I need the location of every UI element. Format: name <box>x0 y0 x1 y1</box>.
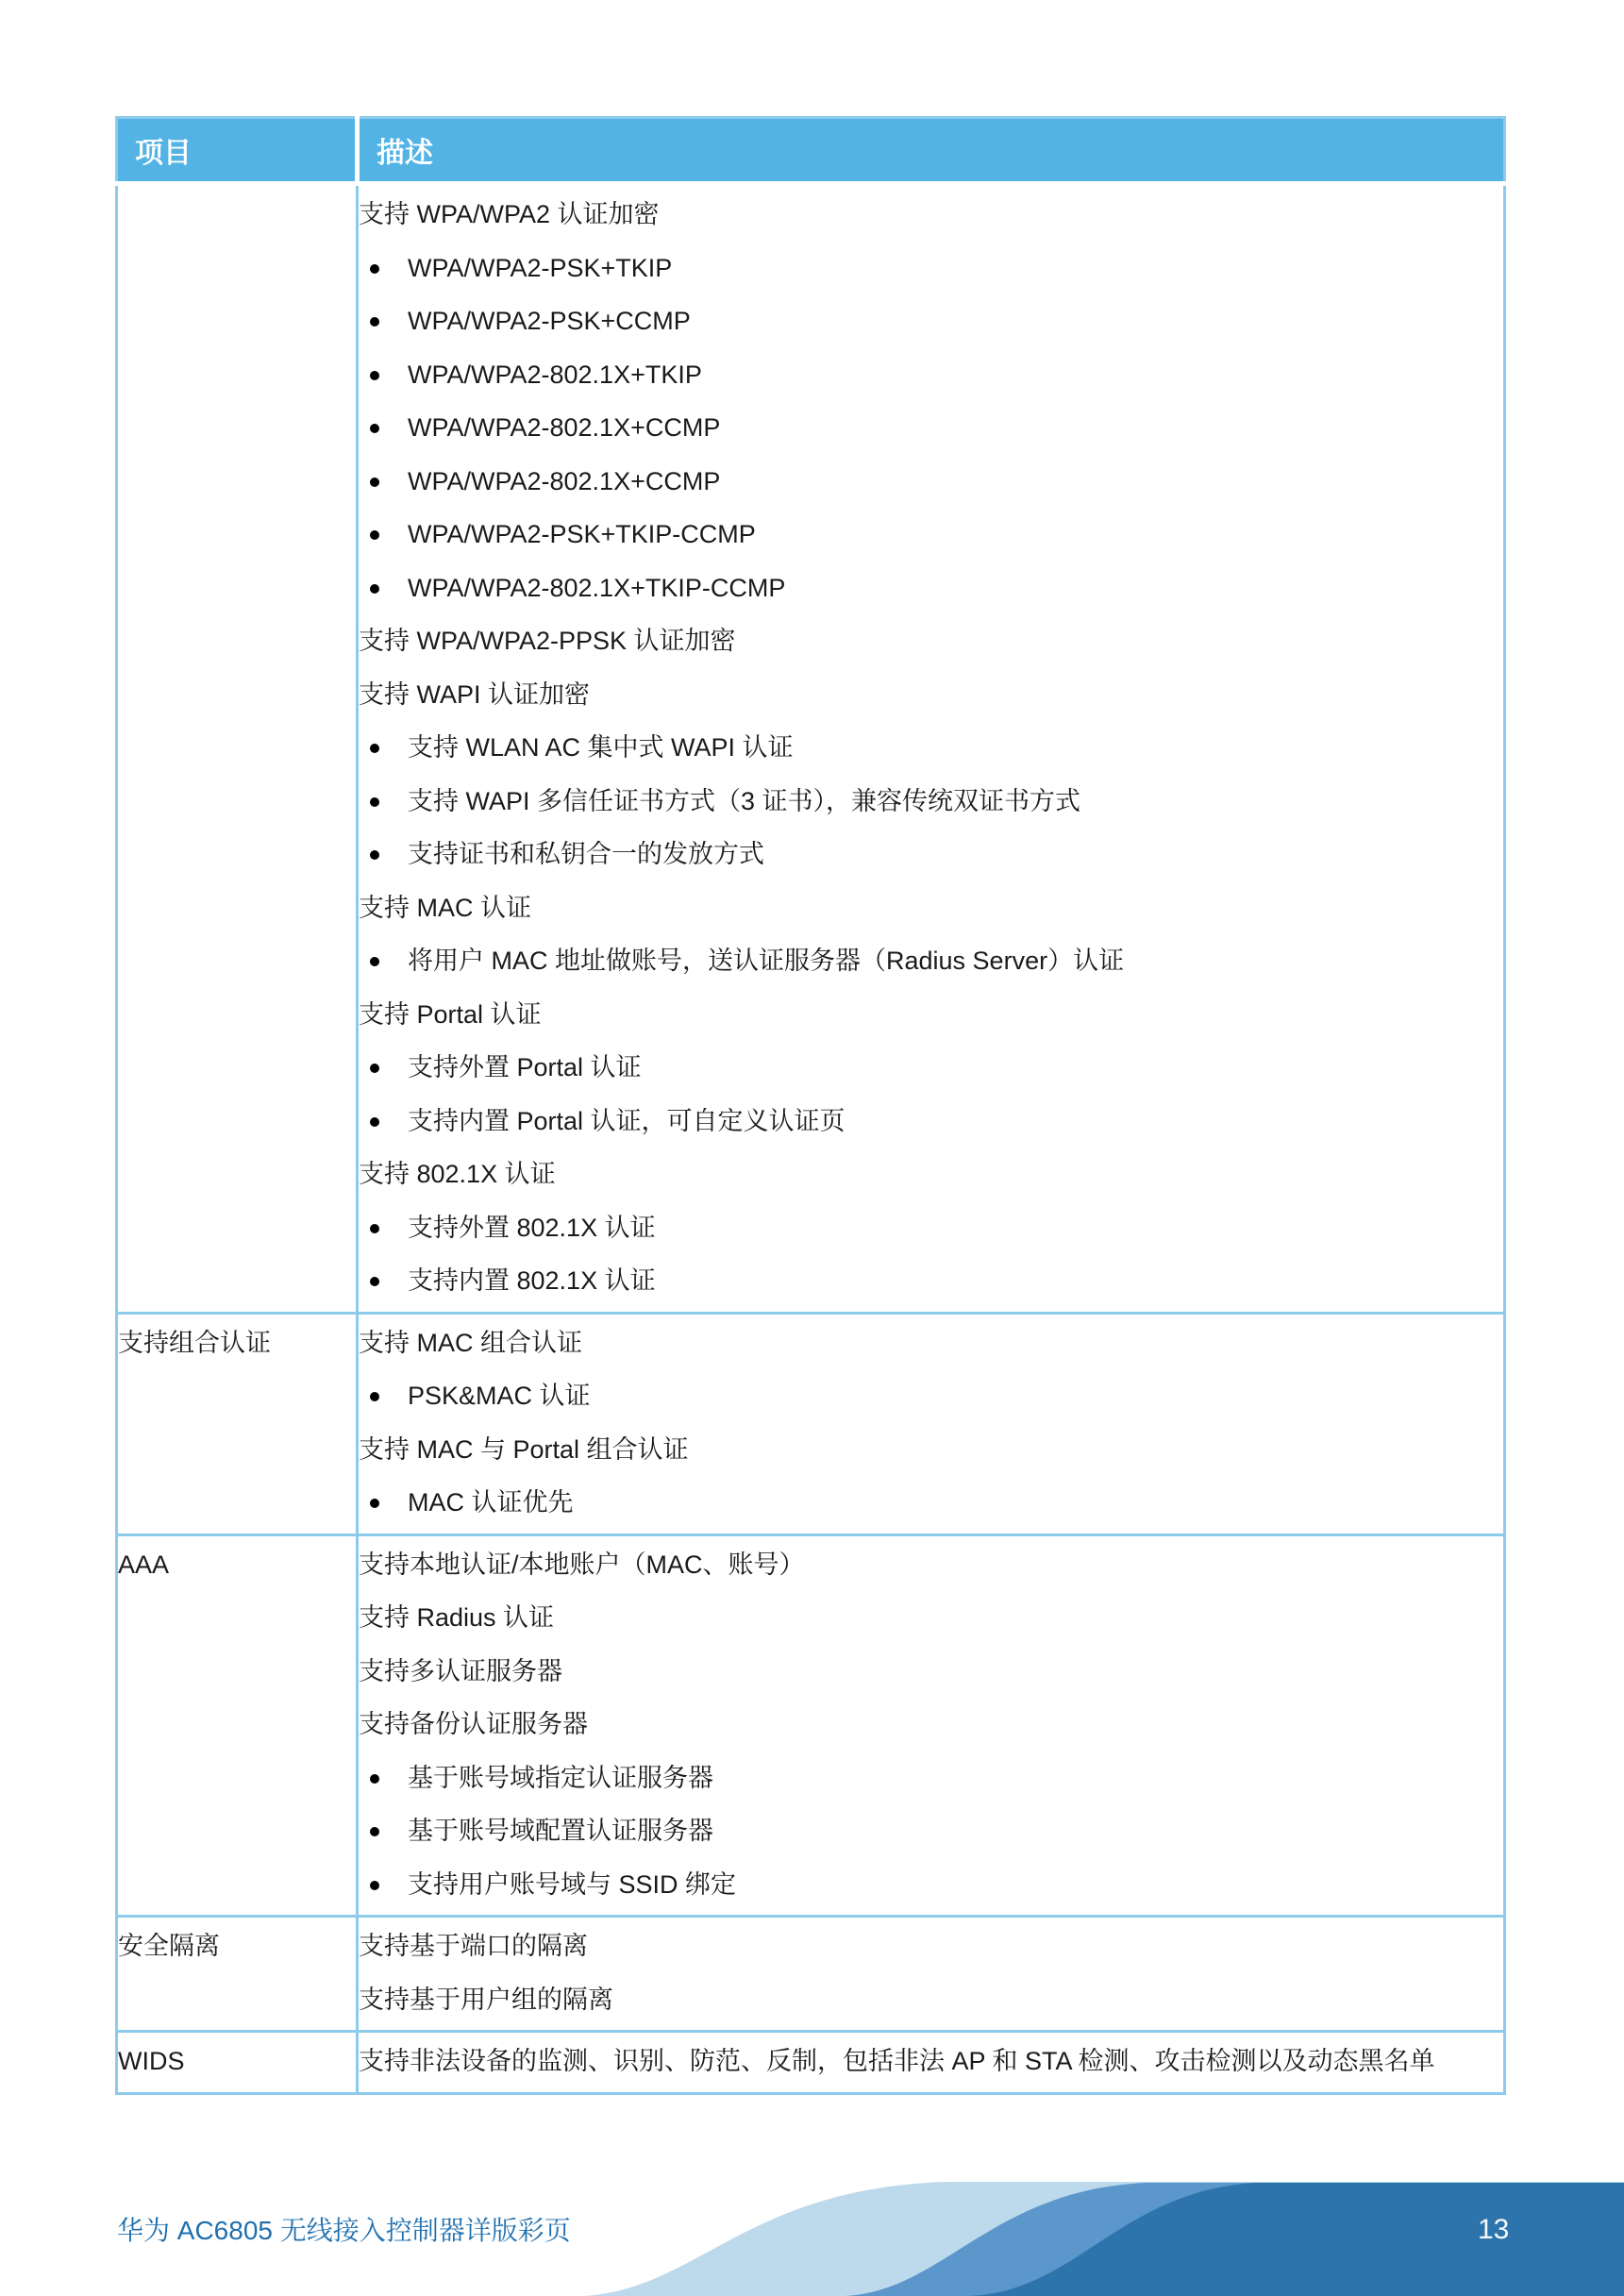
item-label: AAA <box>118 1551 169 1580</box>
paragraph-line: 支持 Portal 认证 <box>359 989 1494 1043</box>
bullet-icon <box>370 1117 379 1127</box>
description-line-text: WPA/WPA2-PSK+TKIP <box>408 255 672 283</box>
bullet-line: 支持 WLAN AC 集中式 WAPI 认证 <box>359 722 1494 776</box>
paragraph-line: 支持基于用户组的隔离 <box>359 1974 1494 2028</box>
description-line-text: 支持非法设备的监测、识别、防范、反制，包括非法 AP 和 STA 检测、攻击检测… <box>359 2048 1435 2076</box>
paragraph-line: 支持 MAC 与 Portal 组合认证 <box>359 1424 1494 1478</box>
bullet-icon <box>370 478 379 487</box>
item-cell: AAA <box>117 1534 358 1917</box>
table-row: 支持组合认证支持 MAC 组合认证PSK&MAC 认证支持 MAC 与 Port… <box>117 1313 1505 1534</box>
description-line-text: 支持 WPA/WPA2 认证加密 <box>359 201 660 229</box>
description-line-text: 支持 802.1X 认证 <box>359 1161 556 1189</box>
paragraph-line: 支持 MAC 组合认证 <box>359 1317 1494 1371</box>
table-header-row: 项目 描述 <box>117 118 1505 184</box>
paragraph-line: 支持 Radius 认证 <box>359 1592 1494 1646</box>
table-row: 支持 WPA/WPA2 认证加密WPA/WPA2-PSK+TKIPWPA/WPA… <box>117 184 1505 1314</box>
table-row: AAA支持本地认证/本地账户（MAC、账号）支持 Radius 认证支持多认证服… <box>117 1534 1505 1917</box>
bullet-line: 支持外置 802.1X 认证 <box>359 1202 1494 1256</box>
item-label: 安全隔离 <box>118 1933 220 1961</box>
bullet-icon <box>370 1224 379 1233</box>
description-line-text: 将用户 MAC 地址做账号，送认证服务器（Radius Server）认证 <box>408 947 1124 976</box>
paragraph-line: 支持多认证服务器 <box>359 1646 1494 1700</box>
description-line-text: 基于账号域配置认证服务器 <box>408 1818 713 1846</box>
description-line-text: 支持内置 802.1X 认证 <box>408 1267 656 1296</box>
bullet-line: WPA/WPA2-PSK+TKIP-CCMP <box>359 509 1494 562</box>
description-line-text: 支持 Portal 认证 <box>359 1001 542 1030</box>
table-body: 支持 WPA/WPA2 认证加密WPA/WPA2-PSK+TKIPWPA/WPA… <box>117 184 1505 2094</box>
description-line-text: 支持用户账号域与 SSID 绑定 <box>408 1871 736 1900</box>
header-description: 描述 <box>358 118 1505 184</box>
bullet-icon <box>370 744 379 753</box>
bullet-icon <box>370 264 379 274</box>
paragraph-line: 支持 WPA/WPA2 认证加密 <box>359 189 1494 243</box>
bullet-line: 支持证书和私钥合一的发放方式 <box>359 829 1494 882</box>
bullet-line: WPA/WPA2-802.1X+CCMP <box>359 402 1494 456</box>
page-number: 13 <box>1478 2214 1509 2246</box>
bullet-line: 将用户 MAC 地址做账号，送认证服务器（Radius Server）认证 <box>359 935 1494 989</box>
item-cell: 支持组合认证 <box>117 1313 358 1534</box>
item-cell: WIDS <box>117 2032 358 2094</box>
description-line-text: WPA/WPA2-PSK+CCMP <box>408 308 691 336</box>
description-line-text: 支持 MAC 认证 <box>359 895 531 923</box>
description-cell: 支持非法设备的监测、识别、防范、反制，包括非法 AP 和 STA 检测、攻击检测… <box>358 2032 1505 2094</box>
item-label: WIDS <box>118 2048 185 2076</box>
bullet-icon <box>370 1392 379 1401</box>
bullet-line: 支持内置 Portal 认证，可自定义认证页 <box>359 1096 1494 1149</box>
bullet-line: WPA/WPA2-PSK+TKIP <box>359 243 1494 296</box>
description-line-text: 支持基于端口的隔离 <box>359 1933 588 1961</box>
description-line-text: MAC 认证优先 <box>408 1489 574 1517</box>
item-cell: 安全隔离 <box>117 1917 358 2032</box>
description-line-text: WPA/WPA2-PSK+TKIP-CCMP <box>408 521 756 549</box>
description-line-text: 支持基于用户组的隔离 <box>359 1986 613 2015</box>
table-row: WIDS支持非法设备的监测、识别、防范、反制，包括非法 AP 和 STA 检测、… <box>117 2032 1505 2094</box>
bullet-icon <box>370 1277 379 1286</box>
description-line-text: 支持 Radius 认证 <box>359 1604 554 1633</box>
bullet-line: WPA/WPA2-802.1X+TKIP <box>359 349 1494 403</box>
description-line-text: 支持 WAPI 多信任证书方式（3 证书），兼容传统双证书方式 <box>408 788 1080 816</box>
description-cell: 支持本地认证/本地账户（MAC、账号）支持 Radius 认证支持多认证服务器支… <box>358 1534 1505 1917</box>
paragraph-line: 支持非法设备的监测、识别、防范、反制，包括非法 AP 和 STA 检测、攻击检测… <box>359 2036 1494 2089</box>
bullet-line: 支持内置 802.1X 认证 <box>359 1255 1494 1309</box>
description-line-text: PSK&MAC 认证 <box>408 1383 591 1411</box>
paragraph-line: 支持本地认证/本地账户（MAC、账号） <box>359 1539 1494 1593</box>
bullet-line: 支持外置 Portal 认证 <box>359 1042 1494 1096</box>
description-line-text: 支持 WAPI 认证加密 <box>359 681 590 710</box>
bullet-line: WPA/WPA2-PSK+CCMP <box>359 295 1494 349</box>
description-line-text: 支持 MAC 组合认证 <box>359 1330 582 1358</box>
spec-table: 项目 描述 支持 WPA/WPA2 认证加密WPA/WPA2-PSK+TKIPW… <box>115 116 1506 2095</box>
bullet-icon <box>370 530 379 540</box>
bullet-icon <box>370 371 379 380</box>
bullet-icon <box>370 850 379 860</box>
paragraph-line: 支持备份认证服务器 <box>359 1699 1494 1752</box>
description-line-text: 支持 WPA/WPA2-PPSK 认证加密 <box>359 628 736 656</box>
bullet-icon <box>370 584 379 594</box>
description-line-text: WPA/WPA2-802.1X+TKIP <box>408 361 702 390</box>
bullet-icon <box>370 957 379 966</box>
description-line-text: 支持内置 Portal 认证，可自定义认证页 <box>408 1108 845 1136</box>
bullet-line: WPA/WPA2-802.1X+CCMP <box>359 456 1494 510</box>
bullet-line: MAC 认证优先 <box>359 1477 1494 1531</box>
description-cell: 支持基于端口的隔离支持基于用户组的隔离 <box>358 1917 1505 2032</box>
item-cell <box>117 184 358 1314</box>
description-line-text: WPA/WPA2-802.1X+CCMP <box>408 414 720 443</box>
bullet-line: PSK&MAC 认证 <box>359 1370 1494 1424</box>
paragraph-line: 支持 802.1X 认证 <box>359 1148 1494 1202</box>
description-line-text: WPA/WPA2-802.1X+TKIP-CCMP <box>408 575 785 603</box>
description-line-text: 支持证书和私钥合一的发放方式 <box>408 841 764 869</box>
table-row: 安全隔离支持基于端口的隔离支持基于用户组的隔离 <box>117 1917 1505 2032</box>
bullet-icon <box>370 1881 379 1890</box>
paragraph-line: 支持 WAPI 认证加密 <box>359 669 1494 723</box>
footer-doc-title: 华为 AC6805 无线接入控制器详版彩页 <box>117 2210 571 2248</box>
paragraph-line: 支持 MAC 认证 <box>359 882 1494 936</box>
description-line-text: 支持外置 802.1X 认证 <box>408 1215 656 1243</box>
bullet-icon <box>370 1774 379 1784</box>
bullet-icon <box>370 1499 379 1508</box>
description-cell: 支持 WPA/WPA2 认证加密WPA/WPA2-PSK+TKIPWPA/WPA… <box>358 184 1505 1314</box>
header-item: 项目 <box>117 118 358 184</box>
bullet-icon <box>370 317 379 327</box>
description-line-text: 支持本地认证/本地账户（MAC、账号） <box>359 1551 805 1580</box>
bullet-icon <box>370 797 379 807</box>
bullet-line: 支持用户账号域与 SSID 绑定 <box>359 1859 1494 1913</box>
bullet-icon <box>370 1827 379 1836</box>
item-label: 支持组合认证 <box>118 1330 271 1358</box>
description-cell: 支持 MAC 组合认证PSK&MAC 认证支持 MAC 与 Portal 组合认… <box>358 1313 1505 1534</box>
description-line-text: 支持备份认证服务器 <box>359 1711 588 1739</box>
bullet-icon <box>370 1064 379 1073</box>
paragraph-line: 支持基于端口的隔离 <box>359 1920 1494 1974</box>
description-line-text: 支持 WLAN AC 集中式 WAPI 认证 <box>408 734 794 763</box>
bullet-line: 基于账号域指定认证服务器 <box>359 1752 1494 1806</box>
description-line-text: 基于账号域指定认证服务器 <box>408 1765 713 1793</box>
bullet-icon <box>370 424 379 433</box>
paragraph-line: 支持 WPA/WPA2-PPSK 认证加密 <box>359 615 1494 669</box>
description-line-text: 支持外置 Portal 认证 <box>408 1054 642 1082</box>
description-line-text: 支持多认证服务器 <box>359 1658 562 1686</box>
description-line-text: 支持 MAC 与 Portal 组合认证 <box>359 1436 689 1465</box>
bullet-line: 支持 WAPI 多信任证书方式（3 证书），兼容传统双证书方式 <box>359 776 1494 830</box>
bullet-line: WPA/WPA2-802.1X+TKIP-CCMP <box>359 562 1494 616</box>
datasheet-page: 项目 描述 支持 WPA/WPA2 认证加密WPA/WPA2-PSK+TKIPW… <box>0 0 1624 2296</box>
bullet-line: 基于账号域配置认证服务器 <box>359 1805 1494 1859</box>
description-line-text: WPA/WPA2-802.1X+CCMP <box>408 468 720 496</box>
